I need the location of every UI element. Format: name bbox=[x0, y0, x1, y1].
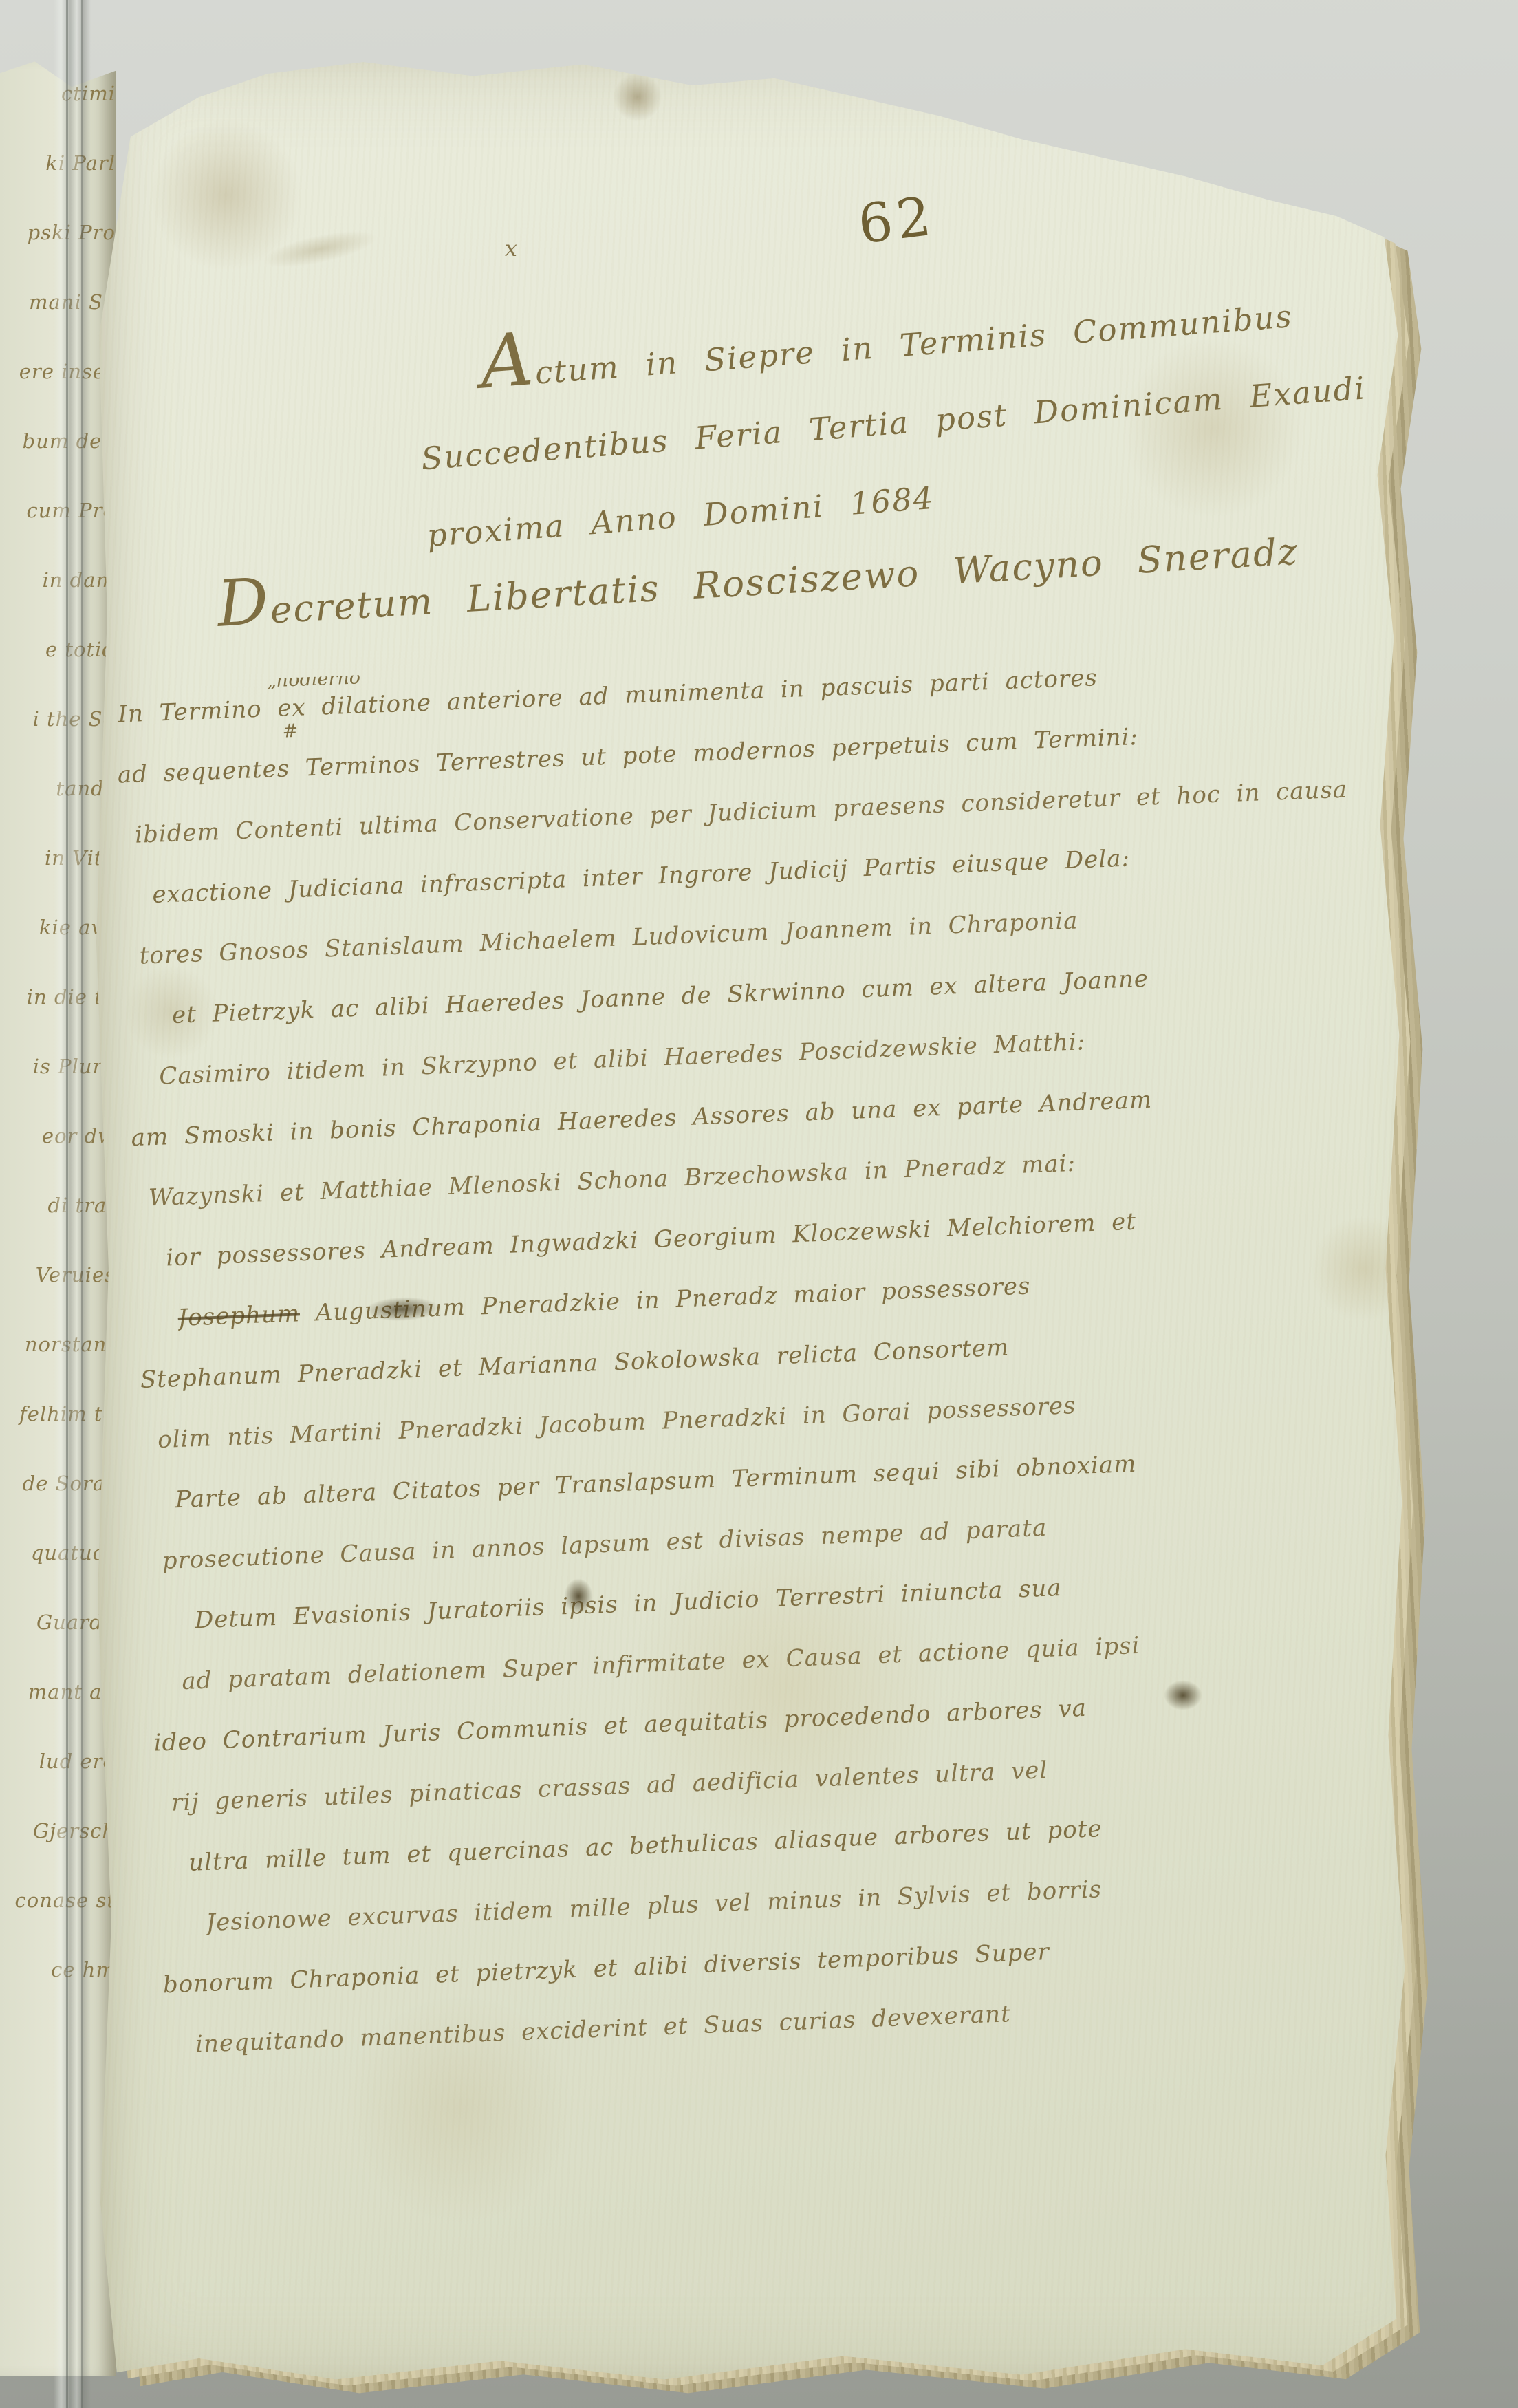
line1-start: In Termino bbox=[118, 696, 262, 729]
struck-word: Josephum bbox=[177, 1300, 301, 1332]
manuscript-page: x 62 Actum in Siepre in Terminis Communi… bbox=[89, 55, 1460, 2389]
collation-mark: x bbox=[505, 235, 517, 261]
ink-blot bbox=[564, 1578, 593, 1614]
manuscript-photo: { "page": { "number": "62", "collation_m… bbox=[0, 0, 1518, 2408]
glass-weight-rod bbox=[54, 0, 91, 2408]
body-text: In Termino „hodierno # ex dilatione ante… bbox=[110, 635, 1482, 2076]
page-number: 62 bbox=[855, 186, 938, 257]
ink-blot bbox=[1164, 1680, 1202, 1710]
line11-rest: Pneradzkie in Pneradz maior possessores bbox=[481, 1272, 1031, 1320]
blotted-word: Augustinum bbox=[315, 1293, 466, 1326]
